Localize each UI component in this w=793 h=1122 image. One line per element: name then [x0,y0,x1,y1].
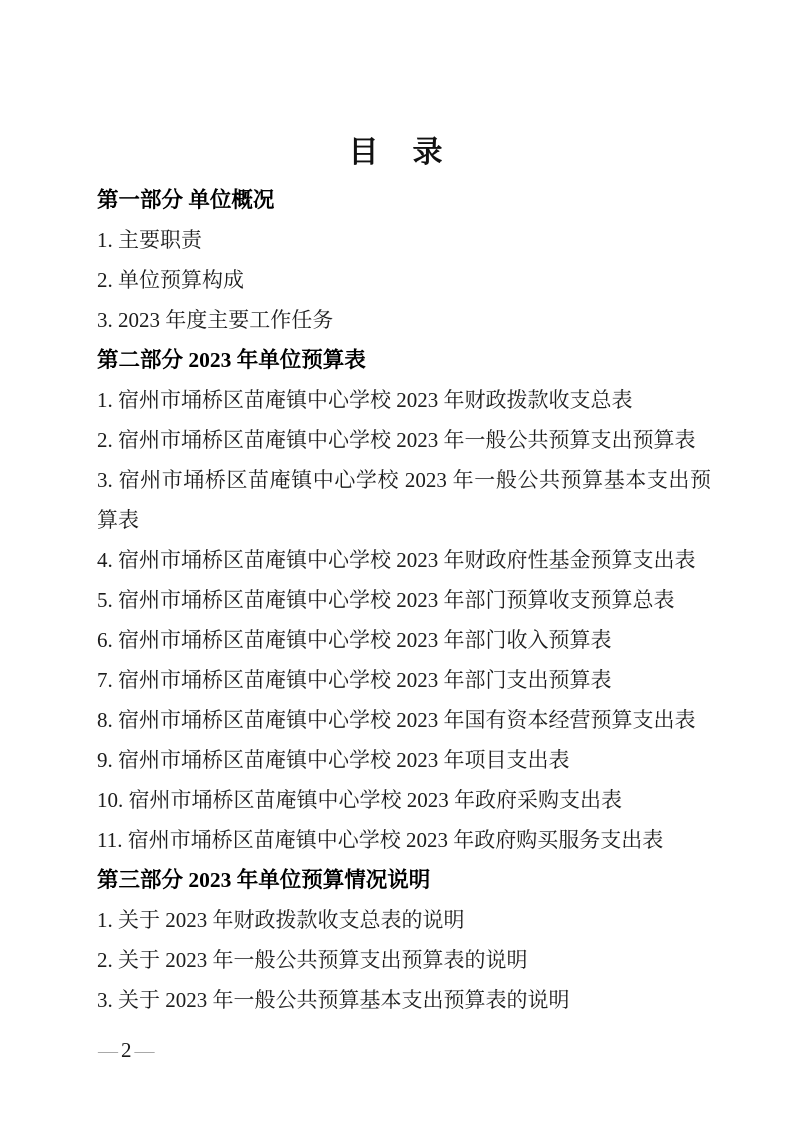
page-footer: —2— [95,1038,158,1063]
footer-dash-left: — [95,1040,121,1062]
toc-entry: 1. 关于 2023 年财政拨款收支总表的说明 [97,900,711,940]
toc-entry: 2. 单位预算构成 [97,260,711,300]
toc-section-3-heading: 第三部分 2023 年单位预算情况说明 [97,860,711,900]
toc-entry: 10. 宿州市埇桥区苗庵镇中心学校 2023 年政府采购支出表 [97,780,711,820]
toc-entry: 11. 宿州市埇桥区苗庵镇中心学校 2023 年政府购买服务支出表 [97,820,711,860]
page-title: 目 录 [0,0,793,172]
footer-dash-right: — [132,1040,158,1062]
toc-entry: 8. 宿州市埇桥区苗庵镇中心学校 2023 年国有资本经营预算支出表 [97,700,711,740]
toc-entry: 3. 宿州市埇桥区苗庵镇中心学校 2023 年一般公共预算基本支出预算表 [97,460,711,540]
toc-entry: 1. 宿州市埇桥区苗庵镇中心学校 2023 年财政拨款收支总表 [97,380,711,420]
toc-section-1-heading: 第一部分 单位概况 [97,180,711,220]
toc-entry: 3. 2023 年度主要工作任务 [97,300,711,340]
toc-entry: 9. 宿州市埇桥区苗庵镇中心学校 2023 年项目支出表 [97,740,711,780]
toc-entry: 5. 宿州市埇桥区苗庵镇中心学校 2023 年部门预算收支预算总表 [97,580,711,620]
toc-entry: 4. 宿州市埇桥区苗庵镇中心学校 2023 年财政府性基金预算支出表 [97,540,711,580]
toc-section-2-heading: 第二部分 2023 年单位预算表 [97,340,711,380]
toc-entry: 2. 关于 2023 年一般公共预算支出预算表的说明 [97,940,711,980]
document-page: 目 录 第一部分 单位概况 1. 主要职责 2. 单位预算构成 3. 2023 … [0,0,793,1122]
toc-entry: 7. 宿州市埇桥区苗庵镇中心学校 2023 年部门支出预算表 [97,660,711,700]
toc-entry: 1. 主要职责 [97,220,711,260]
toc-entry: 6. 宿州市埇桥区苗庵镇中心学校 2023 年部门收入预算表 [97,620,711,660]
toc-content: 第一部分 单位概况 1. 主要职责 2. 单位预算构成 3. 2023 年度主要… [0,172,793,1020]
page-number: 2 [121,1038,132,1062]
toc-entry: 3. 关于 2023 年一般公共预算基本支出预算表的说明 [97,980,711,1020]
toc-entry: 2. 宿州市埇桥区苗庵镇中心学校 2023 年一般公共预算支出预算表 [97,420,711,460]
